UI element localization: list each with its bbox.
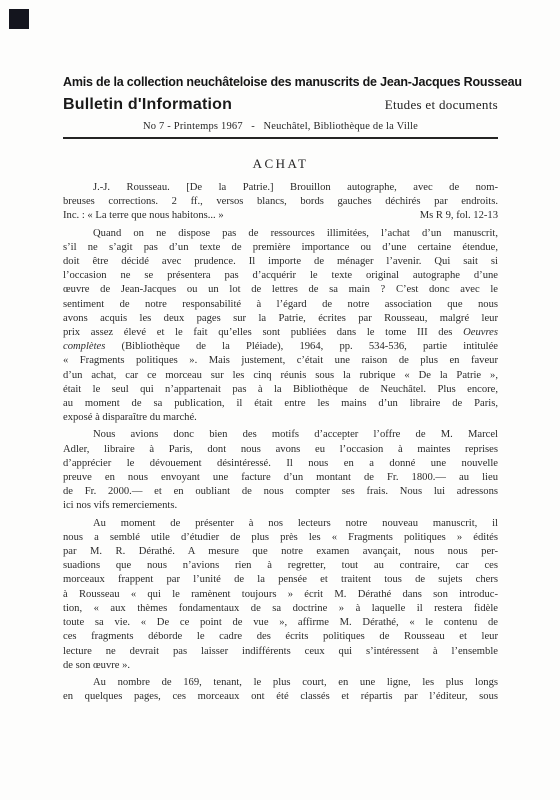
text-line: Adler, libraire à Paris, dont nous avons… bbox=[63, 443, 498, 457]
plain-text: prix assez élevé et le fait qu’elles son… bbox=[63, 327, 463, 338]
text-line: lecture ne devrait pas laisser indiffére… bbox=[63, 645, 498, 659]
paragraph: Quand on ne dispose pas de ressources il… bbox=[63, 227, 498, 426]
page-corner-marker bbox=[9, 9, 29, 29]
text-line: œuvre de Jean-Jacques ou un lot de lettr… bbox=[63, 283, 498, 297]
text-line: doit être décidé avec prudence. Il impor… bbox=[63, 255, 498, 269]
text-line: preuve en nous envoyant une facture d’un… bbox=[63, 471, 498, 485]
text-line: de Fr. 2000.— et en oubliant de nous com… bbox=[63, 485, 498, 499]
text-line: nous a semblé utile d’étudier de plus pr… bbox=[63, 531, 498, 545]
series-title: Etudes et documents bbox=[385, 97, 498, 113]
text-line: toute sa vie. « De ce point de vue », af… bbox=[63, 616, 498, 630]
scanned-document-page: Amis de la collection neuchâteloise des … bbox=[0, 0, 560, 800]
plain-text: (Bibliothèque de la Pléiade), 1964, pp. … bbox=[105, 341, 498, 352]
text-line: morceaux frappent par l’unité de la pens… bbox=[63, 573, 498, 587]
bulletin-title: Bulletin d'Information bbox=[63, 96, 232, 114]
text-line: breuses corrections. 2 ff., versos blanc… bbox=[63, 195, 498, 209]
association-title: Amis de la collection neuchâteloise des … bbox=[63, 75, 498, 89]
text-column: Amis de la collection neuchâteloise des … bbox=[63, 0, 498, 800]
text-line: tion, « aux thèmes fondamentaux de sa do… bbox=[63, 602, 498, 616]
text-line: avons acquis les deux pages sur la Patri… bbox=[63, 312, 498, 326]
text-line: s’il ne s’agit pas d’un texte de premièr… bbox=[63, 241, 498, 255]
issue-line: No 7 - Printemps 1967 - Neuchâtel, Bibli… bbox=[63, 121, 498, 132]
text-line: par M. R. Dérathé. A mesure que notre ex… bbox=[63, 545, 498, 559]
paragraph: J.-J. Rousseau. [De la Patrie.] Brouillo… bbox=[63, 181, 498, 224]
text-line: d’apprécier le dévouement désintéressé. … bbox=[63, 457, 498, 471]
text-line: d’un achat, car ce morceau sur les cinq … bbox=[63, 369, 498, 383]
text-line: « Fragments politiques ». Mais justement… bbox=[63, 354, 498, 368]
text-line: ces fragments déborde le cadre des écrit… bbox=[63, 630, 498, 644]
paragraph: Au moment de présenter à nos lecteurs no… bbox=[63, 517, 498, 673]
text-line: au moment de sa publication, il était en… bbox=[63, 397, 498, 411]
text-line: suadions que nous n’avions rien à regret… bbox=[63, 559, 498, 573]
text-line: complètes (Bibliothèque de la Pléiade), … bbox=[63, 340, 498, 354]
section-title: ACHAT bbox=[63, 156, 498, 172]
text-line: Au nombre de 169, tenant, le plus court,… bbox=[63, 676, 498, 690]
text-line: de son œuvre ». bbox=[63, 659, 498, 673]
text-line: Nous avions donc bien des motifs d’accep… bbox=[63, 428, 498, 442]
incipit-text: Inc. : « La terre que nous habitons... » bbox=[63, 209, 224, 223]
text-line: en quelques pages, ces morceaux ont été … bbox=[63, 690, 498, 704]
text-line: ici nos vifs remerciements. bbox=[63, 499, 498, 513]
masthead-row: Bulletin d'Information Etudes et documen… bbox=[63, 96, 498, 114]
paragraph: Nous avions donc bien des motifs d’accep… bbox=[63, 428, 498, 513]
header-rule bbox=[63, 137, 498, 139]
text-line: Quand on ne dispose pas de ressources il… bbox=[63, 227, 498, 241]
text-line: prix assez élevé et le fait qu’elles son… bbox=[63, 326, 498, 340]
italic-text: complètes bbox=[63, 341, 105, 352]
shelfmark: Ms R 9, fol. 12-13 bbox=[420, 209, 498, 223]
body-text: J.-J. Rousseau. [De la Patrie.] Brouillo… bbox=[63, 181, 498, 707]
text-line: était le seul qui n’appartenait pas à la… bbox=[63, 383, 498, 397]
text-line: sentiment de notre responsabilité à l’ég… bbox=[63, 298, 498, 312]
text-line: Au moment de présenter à nos lecteurs no… bbox=[63, 517, 498, 531]
paragraph: Au nombre de 169, tenant, le plus court,… bbox=[63, 676, 498, 704]
text-line: exposé à disparaître du marché. bbox=[63, 411, 498, 425]
text-line: l’occasion ne se présentera pas d’acquér… bbox=[63, 269, 498, 283]
text-line: J.-J. Rousseau. [De la Patrie.] Brouillo… bbox=[63, 181, 498, 195]
text-line: Inc. : « La terre que nous habitons... »… bbox=[63, 209, 498, 223]
text-line: à Rousseau « qui le ramènent toujours » … bbox=[63, 588, 498, 602]
italic-text: Oeuvres bbox=[463, 327, 498, 338]
